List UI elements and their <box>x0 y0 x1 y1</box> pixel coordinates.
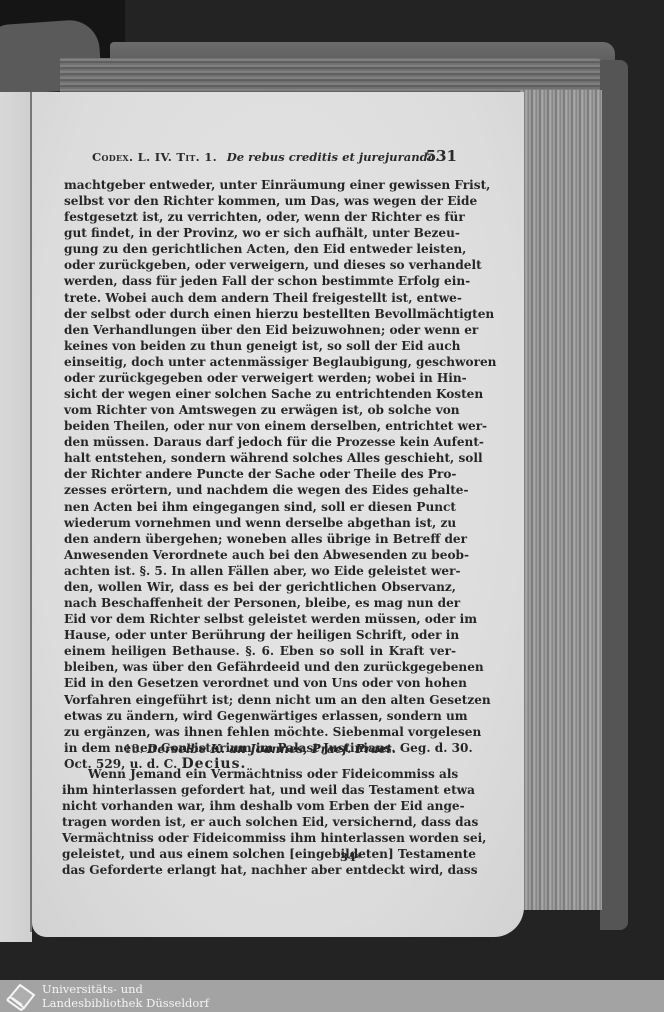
text-line: nicht vorhanden war, ihm deshalb vom Erb… <box>62 798 456 814</box>
text-line: bleiben, was über den Gefährdeeid und de… <box>64 659 456 675</box>
text-line: vom Richter von Amtswegen zu erwägen ist… <box>64 402 456 418</box>
text-line: geleistet, und aus einem solchen [eingeb… <box>62 846 456 862</box>
book-icon <box>4 981 38 1011</box>
text-line: einem heiligen Bethause. §. 6. Eben so s… <box>64 643 456 659</box>
text-line: selbst vor den Richter kommen, um Das, w… <box>64 193 456 209</box>
text-line: der Richter andere Puncte der Sache oder… <box>64 466 456 482</box>
text-line: halt entstehen, sondern während solches … <box>64 450 456 466</box>
section-title: Derselbe K. an Joannes, Praef. Praet. <box>147 742 396 756</box>
running-header: Codex. L. IV. Tit. 1. De rebus creditis … <box>92 150 457 164</box>
page-number: 531 <box>426 147 457 165</box>
paragraph-2: Wenn Jemand ein Vermächtniss oder Fideic… <box>62 766 456 879</box>
text-line: der selbst oder durch einen hierzu beste… <box>64 306 456 322</box>
page-edges-right <box>520 90 602 910</box>
text-line: werden, dass für jeden Fall der schon be… <box>64 273 456 289</box>
book-cover-right <box>600 60 628 930</box>
text-line: etwas zu ändern, wird Gegenwärtiges erla… <box>64 708 456 724</box>
library-name-line1: Universitäts- und <box>42 982 209 996</box>
text-line: Vermächtniss oder Fideicommiss ihm hinte… <box>62 830 456 846</box>
text-line: den Verhandlungen über den Eid beizuwohn… <box>64 322 456 338</box>
text-line: Vorfahren eingeführt ist; denn nicht um … <box>64 692 456 708</box>
text-line: machtgeber entweder, unter Einräumung ei… <box>64 177 456 193</box>
text-line: nen Acten bei ihm eingegangen sind, soll… <box>64 499 456 515</box>
book-scan: Codex. L. IV. Tit. 1. De rebus creditis … <box>0 0 664 980</box>
text-line: festgesetzt ist, zu verrichten, oder, we… <box>64 209 456 225</box>
section-heading-13: 13. Derselbe K. an Joannes, Praef. Praet… <box>64 742 456 756</box>
text-line: achten ist. §. 5. In allen Fällen aber, … <box>64 563 456 579</box>
text-line: ihm hinterlassen gefordert hat, und weil… <box>62 782 456 798</box>
header-title: De rebus creditis et jurejurando. <box>227 150 440 164</box>
text-line: Eid in den Gesetzen verordnet und von Un… <box>64 675 456 691</box>
text-line: beiden Theilen, oder nur von einem derse… <box>64 418 456 434</box>
text-line: sicht der wegen einer solchen Sache zu e… <box>64 386 456 402</box>
left-page-edge <box>0 92 32 942</box>
text-line: gung zu den gerichtlichen Acten, den Eid… <box>64 241 456 257</box>
page-gutter <box>30 92 32 932</box>
text-line: wiederum vornehmen und wenn derselbe abg… <box>64 515 456 531</box>
text-line: zu ergänzen, was ihnen fehlen möchte. Si… <box>64 724 456 740</box>
text-line: tragen worden ist, er auch solchen Eid, … <box>62 814 456 830</box>
text-line: keines von beiden zu thun geneigt ist, s… <box>64 338 456 354</box>
text-line: zesses erörtern, und nachdem die wegen d… <box>64 482 456 498</box>
text-line: einseitig, doch unter actenmässiger Begl… <box>64 354 456 370</box>
text-line: den andern übergehen; woneben alles übri… <box>64 531 456 547</box>
text-line: oder zurückgeben, oder verweigern, und d… <box>64 257 456 273</box>
section-number: 13. <box>124 742 143 756</box>
text-line: oder zurückgegeben oder verweigert werde… <box>64 370 456 386</box>
text-line: Anwesenden Verordnete auch bei den Abwes… <box>64 547 456 563</box>
text-line: trete. Wobei auch dem andern Theil freig… <box>64 290 456 306</box>
printer-signature-mark: 34* <box>340 850 362 864</box>
library-footer: Universitäts- und Landesbibliothek Düsse… <box>0 980 664 1012</box>
text-line: Wenn Jemand ein Vermächtniss oder Fideic… <box>62 766 456 782</box>
text-line: Eid vor dem Richter selbst geleistet wer… <box>64 611 456 627</box>
text-line: Hause, oder unter Berührung der heiligen… <box>64 627 456 643</box>
paragraph-1: machtgeber entweder, unter Einräumung ei… <box>64 177 456 772</box>
library-name: Universitäts- und Landesbibliothek Düsse… <box>42 982 209 1010</box>
text-line: gut findet, in der Provinz, wo er sich a… <box>64 225 456 241</box>
text-line: das Geforderte erlangt hat, nachher aber… <box>62 862 456 878</box>
text-line: den müssen. Daraus darf jedoch für die P… <box>64 434 456 450</box>
library-name-line2: Landesbibliothek Düsseldorf <box>42 996 209 1010</box>
header-codex-reference: Codex. L. IV. Tit. 1. <box>92 150 217 164</box>
text-line: nach Beschaffenheit der Personen, bleibe… <box>64 595 456 611</box>
text-line: den, wollen Wir, dass es bei der gericht… <box>64 579 456 595</box>
